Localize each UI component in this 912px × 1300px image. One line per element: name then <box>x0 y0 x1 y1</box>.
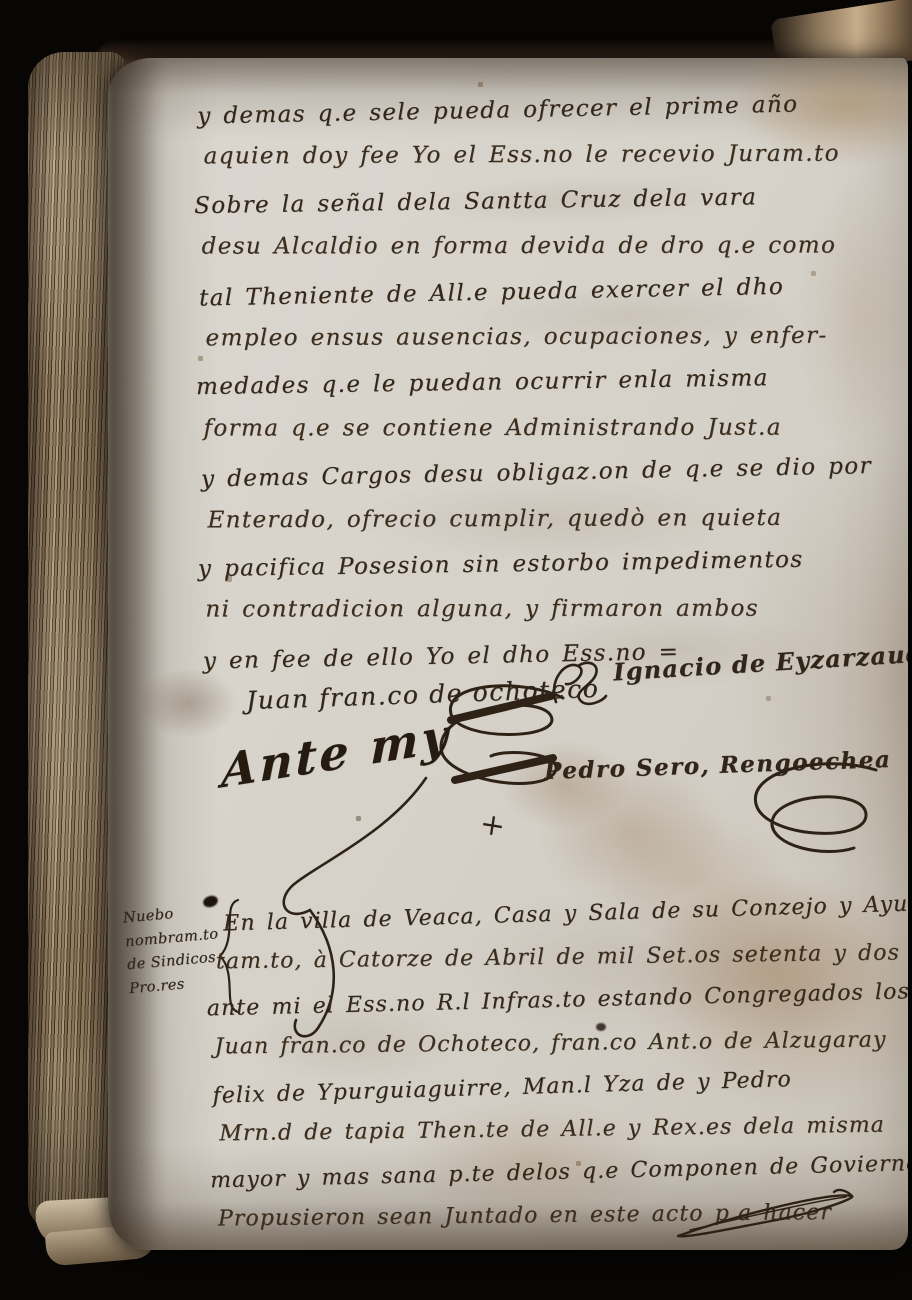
manuscript-page: y demas q.e sele pueda ofrecer el prime … <box>108 58 908 1250</box>
manuscript-line: tal Theniente de All.e pueda exercer el … <box>199 263 850 321</box>
manuscript-line: forma q.e se contiene Administrando Just… <box>203 405 850 452</box>
manuscript-line: desu Alcaldio en forma devida de dro q.e… <box>202 224 849 271</box>
gutter-shadow <box>108 58 166 1250</box>
manuscript-line: Sobre la señal dela Santta Cruz dela var… <box>194 174 849 230</box>
closing-flourish <box>670 1186 865 1248</box>
manuscript-photo: y demas q.e sele pueda ofrecer el prime … <box>0 0 912 1300</box>
cross-mark: + <box>477 806 507 845</box>
manuscript-line: empleo ensus ausencias, ocupaciones, y e… <box>205 314 849 362</box>
manuscript-line: aquien doy fee Yo el Ess.no le recevio J… <box>204 132 848 180</box>
rubric-flourish-right <box>728 752 888 867</box>
manuscript-line: y pacifica Posesion sin estorbo impedime… <box>198 537 853 593</box>
manuscript-line: Enterado, ofrecio cumplir, quedò en quie… <box>207 495 851 543</box>
main-paragraph: y demas q.e sele pueda ofrecer el prime … <box>197 85 853 682</box>
foxing-specks <box>108 58 109 59</box>
manuscript-line: y demas Cargos desu obligaz.on de q.e se… <box>201 445 852 503</box>
manuscript-line: ni contradicion alguna, y firmaron ambos <box>205 587 852 634</box>
manuscript-line: medades q.e le puedan ocurrir enla misma <box>196 355 851 411</box>
